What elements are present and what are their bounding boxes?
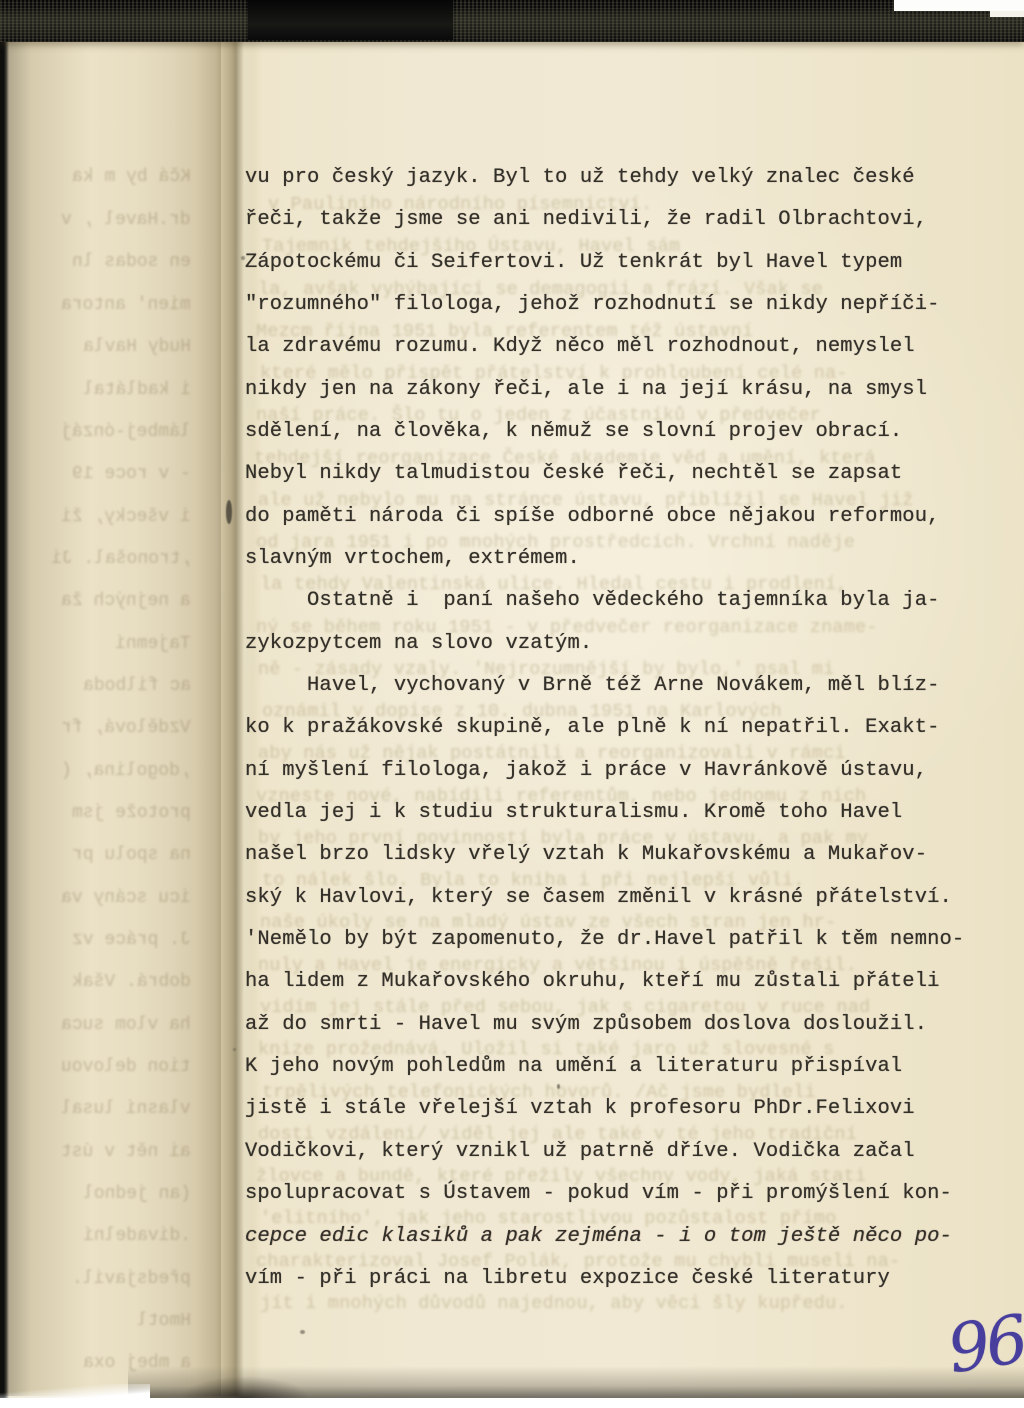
typed-line: nikdy jen na zákony řeči, ale i na její … <box>245 380 927 401</box>
typed-line: řeči, takže jsme se ani nedivili, že rad… <box>245 210 927 231</box>
typed-line: ní myšlení filologa, jakož i práce v Hav… <box>245 761 927 782</box>
scan-corner-notch-step <box>990 11 1024 17</box>
ink-speck <box>241 256 245 260</box>
mirrored-text-fragment: (an jednol <box>83 1185 191 1203</box>
mirrored-text-fragment: dobrá. Však <box>72 973 191 991</box>
scanner-bed <box>0 1398 1024 1408</box>
page-bottom-shadow <box>128 1366 1024 1398</box>
typed-line: ský k Havlovi, který se časem změnil v k… <box>245 888 952 909</box>
ink-speck <box>300 1330 305 1334</box>
typed-line: ha lidem z Mukařovského okruhu, kteří mu… <box>245 972 940 993</box>
binding-cloth-band <box>0 0 1024 42</box>
mirrored-text-fragment: mien' antora <box>61 296 191 314</box>
book-spine-edge <box>0 32 9 1398</box>
typed-line: Nebyl nikdy talmudistou české řeči, nech… <box>245 464 902 485</box>
typed-text-block: vu pro český jazyk. Byl to už tehdy velk… <box>245 168 1005 1348</box>
typed-line: Vodičkovi, který vznikl už patrně dříve.… <box>245 1142 915 1163</box>
mirrored-text-fragment: ac filboda <box>83 677 191 695</box>
typed-line: Zápotockému či Seifertovi. Už tenkrát by… <box>245 253 902 274</box>
typed-line: vedla jej i k studiu strukturalismu. Kro… <box>245 803 902 824</box>
mirrored-text-fragment: - v roce 19 <box>72 465 191 483</box>
mirrored-text-fragment: vlasní lusal <box>61 1100 191 1118</box>
typed-line: vím - při práci na libretu expozice česk… <box>245 1269 890 1290</box>
typed-line: vu pro český jazyk. Byl to už tehdy velk… <box>245 168 915 189</box>
scan-corner-notch <box>894 0 1024 11</box>
typed-line: až do smrti - Havel mu svým způsobem dos… <box>245 1015 927 1036</box>
typed-line: Ostatně i paní našeho vědeckého tajemník… <box>245 591 940 612</box>
typed-line: K jeho novým pohledům na umění a literat… <box>245 1057 902 1078</box>
mirrored-text-fragment: ,tronošal. Ji <box>51 550 191 568</box>
mirrored-text-fragment: i kadlátal <box>83 381 191 399</box>
mirrored-text-fragment: icu scány va <box>61 889 191 907</box>
mirrored-text-fragment: Kčá by m ka <box>72 168 191 186</box>
mirrored-text-fragment: tion delovou <box>61 1058 191 1076</box>
typed-line: spolupracovat s Ústavem - pokud vím - př… <box>245 1184 952 1205</box>
typed-line: do paměti národa či spíše odborné obce n… <box>245 507 940 528</box>
mirrored-text-fragment: předsjavil. <box>72 1270 191 1288</box>
typed-line: "rozumného" filologa, jehož rozhodnutí s… <box>245 295 940 316</box>
facing-page-edge: Kčá by m kadr.Havel , ven sodas lnmien' … <box>5 34 221 1396</box>
typed-line: sdělení, na člověka, k němuž se slovní p… <box>245 422 902 443</box>
mirrored-text-fragment: en sodas ln <box>72 253 191 271</box>
mirrored-text-fragment: ai nět v úst <box>61 1143 191 1161</box>
mirrored-text-fragment: protože jsm <box>72 804 191 822</box>
mirrored-text-fragment: ,dogolina, ( <box>61 762 191 780</box>
mirrored-text-fragment: Vzdělová, fr <box>61 719 191 737</box>
ink-speck <box>557 1084 560 1089</box>
typed-line: la zdravému rozumu. Když něco měl rozhod… <box>245 337 915 358</box>
ink-speck <box>233 1048 236 1051</box>
mirrored-text-fragment: ha vlom suca <box>61 1016 191 1034</box>
mirrored-text-fragment: na spolu pr <box>72 846 191 864</box>
paper-sheet: Kčá by m kadr.Havel , ven sodas lnmien' … <box>0 0 1024 1400</box>
ink-speck <box>226 500 232 524</box>
binding-cloth-dark-patch <box>248 0 453 40</box>
typed-line: zykozpytcem na slovo vzatým. <box>245 634 592 655</box>
mirrored-text-fragment: a nejných ža <box>61 592 191 610</box>
mirrored-text-fragment: .divadelní <box>83 1227 191 1245</box>
typed-line: ko k pražákovské skupině, ale plně k ní … <box>245 718 940 739</box>
mirrored-text-fragment: Tajemní <box>115 635 191 653</box>
typed-line: Havel, vychovaný v Brně též Arne Novákem… <box>245 676 940 697</box>
mirrored-text-fragment: i všecky, ži <box>61 508 191 526</box>
mirrored-text-fragment: Hmotl <box>137 1312 191 1330</box>
typed-line: 'Nemělo by být zapomenuto, že dr.Havel p… <box>245 930 964 951</box>
mirrored-text-fragment: J. práce vz <box>72 931 191 949</box>
typed-line: jistě i stále vřelejší vztah k profesoru… <box>245 1099 915 1120</box>
mirrored-text-fragment: dr.Havel , v <box>61 211 191 229</box>
typed-line: cepce edic klasiků a pak zejména - i o t… <box>245 1227 952 1248</box>
typed-line: našel brzo lidsky vřelý vztah k Mukařovs… <box>245 845 927 866</box>
typed-line: slavným vrtochem, extrémem. <box>245 549 580 570</box>
scanned-book-page: Kčá by m kadr.Havel , ven sodas lnmien' … <box>0 0 1024 1408</box>
mirrored-text-fragment: lámbej-ónzáj <box>61 423 191 441</box>
mirrored-text-fragment: Hudy Havla <box>83 338 191 356</box>
